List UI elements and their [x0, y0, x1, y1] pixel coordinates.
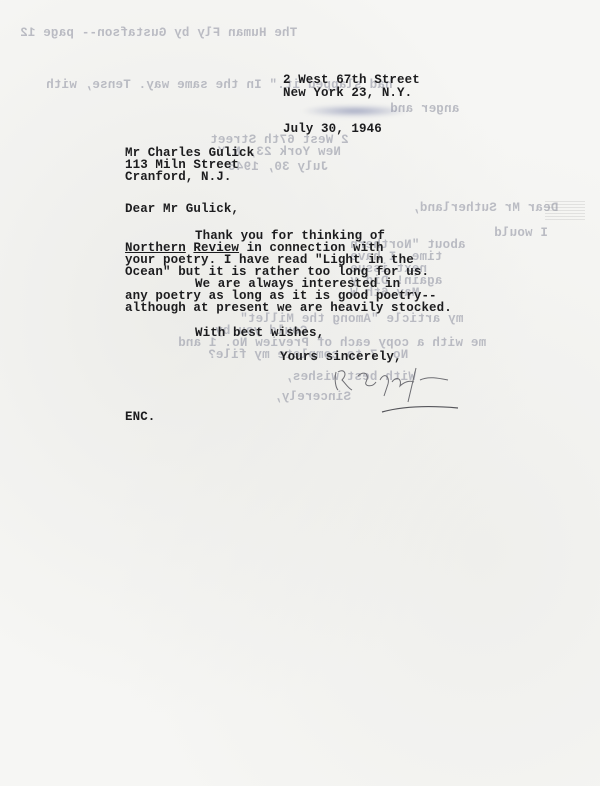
salutation: Dear Mr Gulick, — [125, 203, 239, 216]
ink-smudge — [300, 105, 410, 117]
bleed-line-0: I would — [494, 226, 548, 240]
letter-date: July 30, 1946 — [283, 123, 382, 136]
closing-best-wishes: With best wishes, — [195, 327, 324, 340]
bleed-header: The Human Fly by Gustafson-- page 12 — [20, 26, 297, 40]
body-line-6: although at present we are heavily stock… — [125, 302, 452, 315]
sender-address-line2: New York 23, N.Y. — [283, 87, 412, 100]
bleed-date: July 30, 1946 — [228, 160, 328, 174]
bleed-salutation: Dear Mr Sutherland, — [412, 201, 558, 215]
recipient-city: Cranford, N.J. — [125, 171, 231, 184]
paper-mark — [545, 200, 585, 220]
handwritten-signature — [330, 362, 470, 418]
enclosure-note: ENC. — [125, 411, 155, 424]
